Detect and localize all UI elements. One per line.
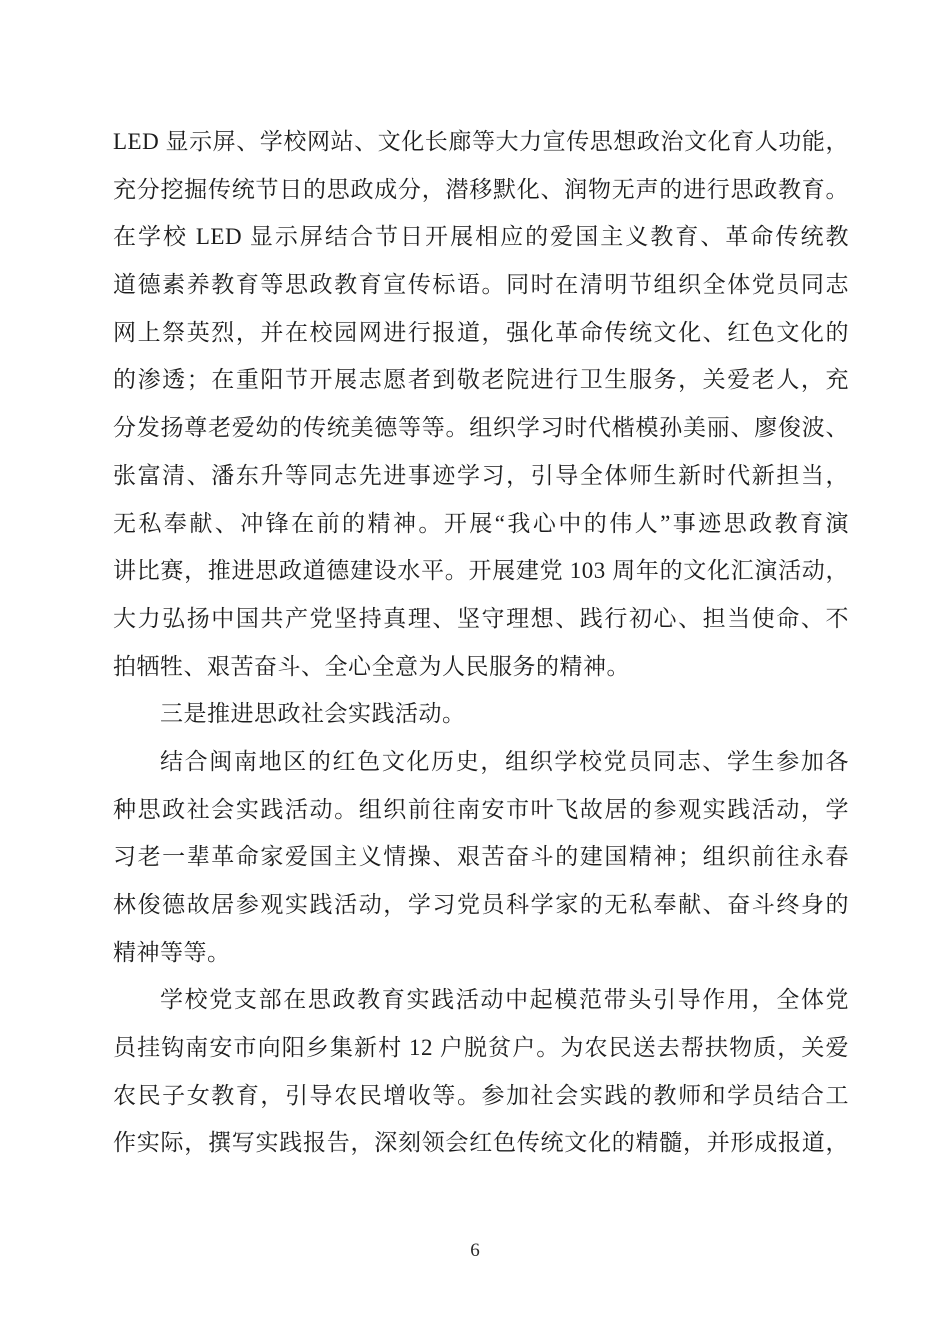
page-footer: 6 — [0, 1240, 950, 1262]
paragraph: 学校党支部在思政教育实践活动中起模范带头引导作用，全体党员挂钩南安市向阳乡集新村… — [113, 976, 849, 1167]
text-line: 精神等等。 — [113, 929, 849, 977]
text-line: 学校党支部在思政教育实践活动中起模范带头引导作用，全体党 — [113, 976, 849, 1024]
text-line: LED 显示屏、学校网站、文化长廊等大力宣传思想政治文化育人功能， — [113, 118, 849, 166]
paragraph: LED 显示屏、学校网站、文化长廊等大力宣传思想政治文化育人功能，充分挖掘传统节… — [113, 118, 849, 690]
page-number: 6 — [470, 1240, 480, 1261]
text-line: 分发扬尊老爱幼的传统美德等等。组织学习时代楷模孙美丽、廖俊波、 — [113, 404, 849, 452]
text-line: 讲比赛，推进思政道德建设水平。开展建党 103 周年的文化汇演活动， — [113, 547, 849, 595]
text-line: 的渗透；在重阳节开展志愿者到敬老院进行卫生服务，关爱老人，充 — [113, 356, 849, 404]
text-line: 在学校 LED 显示屏结合节日开展相应的爱国主义教育、革命传统教育、 — [113, 213, 849, 261]
text-line: 习老一辈革命家爱国主义情操、艰苦奋斗的建国精神；组织前往永春 — [113, 833, 849, 881]
text-line: 员挂钩南安市向阳乡集新村 12 户脱贫户。为农民送去帮扶物质，关爱 — [113, 1024, 849, 1072]
document-page: LED 显示屏、学校网站、文化长廊等大力宣传思想政治文化育人功能，充分挖掘传统节… — [0, 0, 950, 1343]
text-line: 种思政社会实践活动。组织前往南安市叶飞故居的参观实践活动，学 — [113, 786, 849, 834]
text-line: 作实际，撰写实践报告，深刻领会红色传统文化的精髓，并形成报道， — [113, 1119, 849, 1167]
paragraph: 三是推进思政社会实践活动。 — [113, 690, 849, 738]
text-line: 拍牺牲、艰苦奋斗、全心全意为人民服务的精神。 — [113, 643, 849, 691]
text-line: 结合闽南地区的红色文化历史，组织学校党员同志、学生参加各 — [113, 738, 849, 786]
text-line: 大力弘扬中国共产党坚持真理、坚守理想、践行初心、担当使命、不 — [113, 595, 849, 643]
text-line: 张富清、潘东升等同志先进事迹学习，引导全体师生新时代新担当， — [113, 452, 849, 500]
text-line: 林俊德故居参观实践活动，学习党员科学家的无私奉献、奋斗终身的 — [113, 881, 849, 929]
text-line: 道德素养教育等思政教育宣传标语。同时在清明节组织全体党员同志 — [113, 261, 849, 309]
text-line: 农民子女教育，引导农民增收等。参加社会实践的教师和学员结合工 — [113, 1072, 849, 1120]
text-line: 网上祭英烈，并在校园网进行报道，强化革命传统文化、红色文化的 — [113, 309, 849, 357]
text-line: 三是推进思政社会实践活动。 — [113, 690, 849, 738]
paragraph: 结合闽南地区的红色文化历史，组织学校党员同志、学生参加各种思政社会实践活动。组织… — [113, 738, 849, 976]
text-line: 无私奉献、冲锋在前的精神。开展“我心中的伟人”事迹思政教育演 — [113, 500, 849, 548]
text-line: 充分挖掘传统节日的思政成分，潜移默化、润物无声的进行思政教育。 — [113, 166, 849, 214]
document-content: LED 显示屏、学校网站、文化长廊等大力宣传思想政治文化育人功能，充分挖掘传统节… — [113, 118, 849, 1167]
